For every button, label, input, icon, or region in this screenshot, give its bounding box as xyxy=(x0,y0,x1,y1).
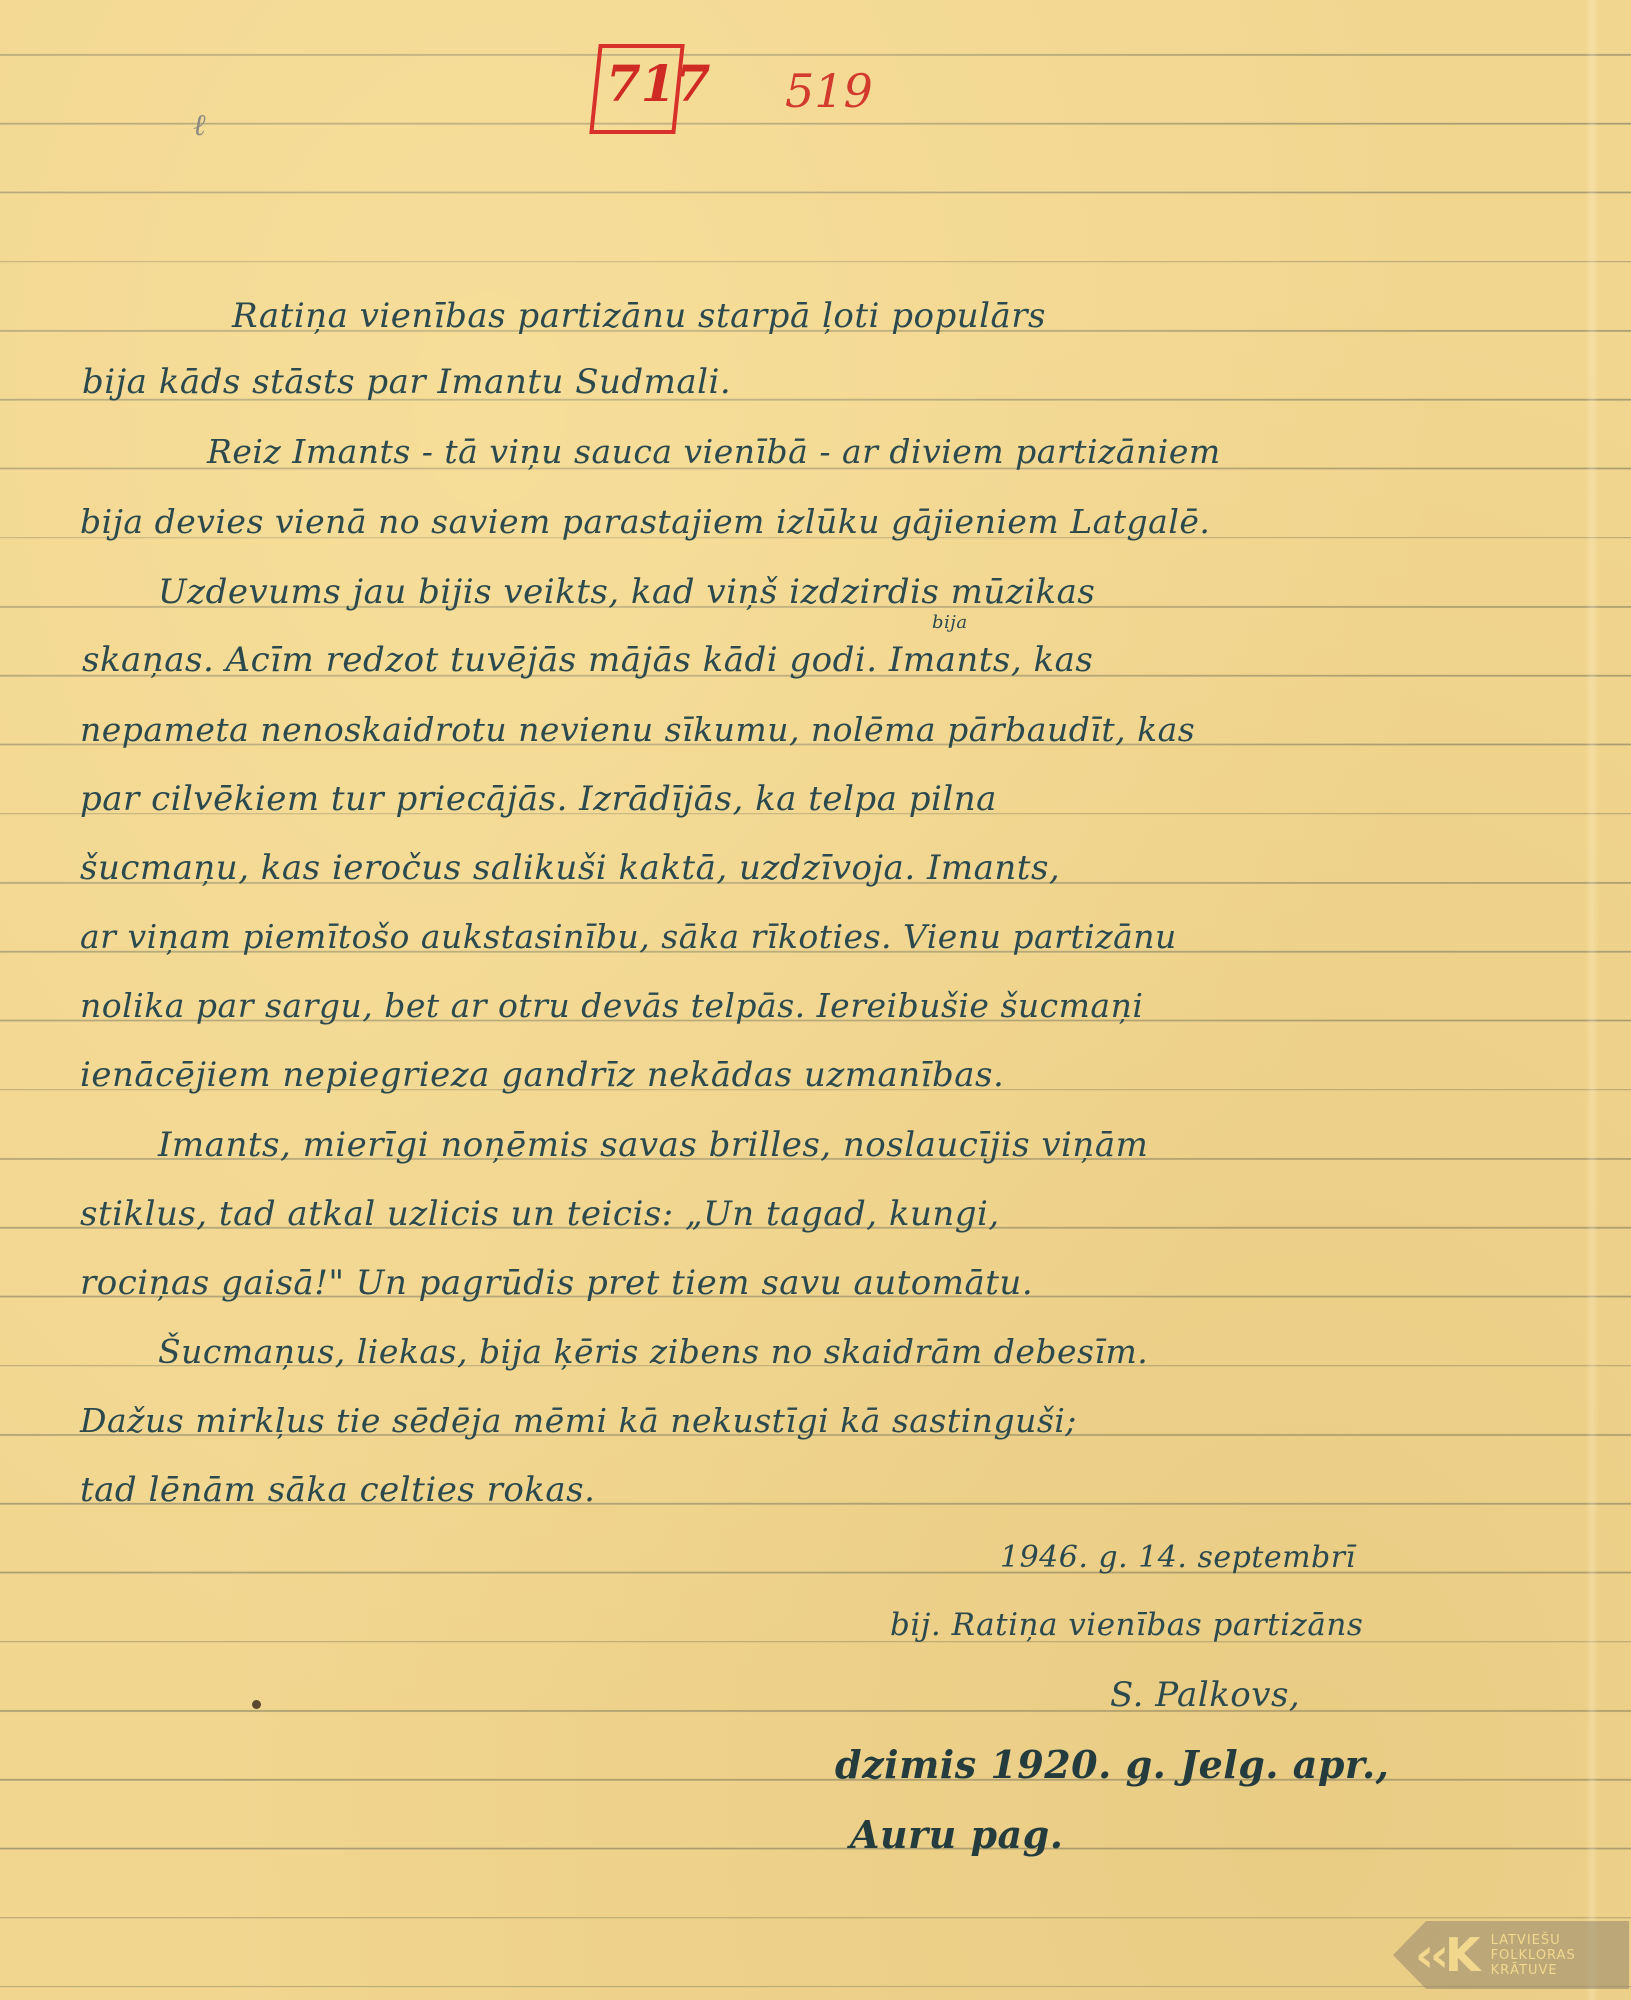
text-line: ienācējiem nepiegrieza gandrīz nekādas u… xyxy=(80,1055,1004,1095)
page-number: 519 xyxy=(785,64,873,118)
text-line: Ratiņa vienības partizānu starpā ļoti po… xyxy=(232,296,1046,336)
text-line: stiklus, tad atkal uzlicis un teicis: „U… xyxy=(80,1194,1000,1234)
logo-line: KRĀTUVE xyxy=(1491,1963,1576,1978)
text-line: nolika par sargu, bet ar otru devās telp… xyxy=(80,986,1143,1025)
signature-birth: dzimis 1920. g. Jelg. apr., xyxy=(835,1742,1389,1787)
signature-parish: Auru pag. xyxy=(850,1812,1063,1857)
text-line: Šucmaņus, liekas, bija ķēris zibens no s… xyxy=(158,1332,1148,1371)
insertion-note: bija xyxy=(932,612,968,633)
signature-name: S. Palkovs, xyxy=(1110,1675,1300,1715)
text-line: Uzdevums jau bijis veikts, kad viņš izdz… xyxy=(158,572,1095,612)
text-line: rociņas gaisā!" Un pagrūdis pret tiem sa… xyxy=(80,1263,1033,1303)
logo-text: LATVIEŠU FOLKLORAS KRĀTUVE xyxy=(1491,1933,1576,1978)
logo-line: LATVIEŠU xyxy=(1491,1933,1576,1948)
archive-logo: ‹‹K LATVIEŠU FOLKLORAS KRĀTUVE xyxy=(1393,1921,1629,1989)
pencil-mark: ℓ xyxy=(193,108,206,143)
text-line: skaņas. Acīm redzot tuvējās mājās kādi g… xyxy=(82,640,1093,680)
text-line: bija devies vienā no saviem parastajiem … xyxy=(80,502,1210,541)
text-line: ar viņam piemītošo aukstasinību, sāka rī… xyxy=(80,917,1177,956)
text-line: bija kāds stāsts par Imantu Sudmali. xyxy=(82,362,731,402)
signature-role: bij. Ratiņa vienības partizāns xyxy=(890,1607,1363,1643)
archive-number: 717 xyxy=(606,54,710,113)
paper-fold xyxy=(1585,0,1599,2000)
text-line: šucmaņu, kas ieročus salikuši kaktā, uzd… xyxy=(80,848,1060,888)
text-line: Dažus mirkļus tie sēdēja mēmi kā nekustī… xyxy=(80,1401,1077,1440)
text-line: Reiz Imants - tā viņu sauca vienībā - ar… xyxy=(207,432,1221,471)
lfk-logo-icon: ‹‹K xyxy=(1415,1932,1477,1978)
text-line: nepameta nenoskaidrotu nevienu sīkumu, n… xyxy=(80,710,1195,749)
text-line: par cilvēkiem tur priecājās. Izrādījās, … xyxy=(80,779,997,819)
punch-hole xyxy=(252,1700,261,1709)
logo-line: FOLKLORAS xyxy=(1491,1948,1576,1963)
signature-date: 1946. g. 14. septembrī xyxy=(1000,1540,1356,1575)
text-line: Imants, mierīgi noņēmis savas brilles, n… xyxy=(158,1125,1148,1165)
text-line: tad lēnām sāka celties rokas. xyxy=(80,1470,595,1510)
